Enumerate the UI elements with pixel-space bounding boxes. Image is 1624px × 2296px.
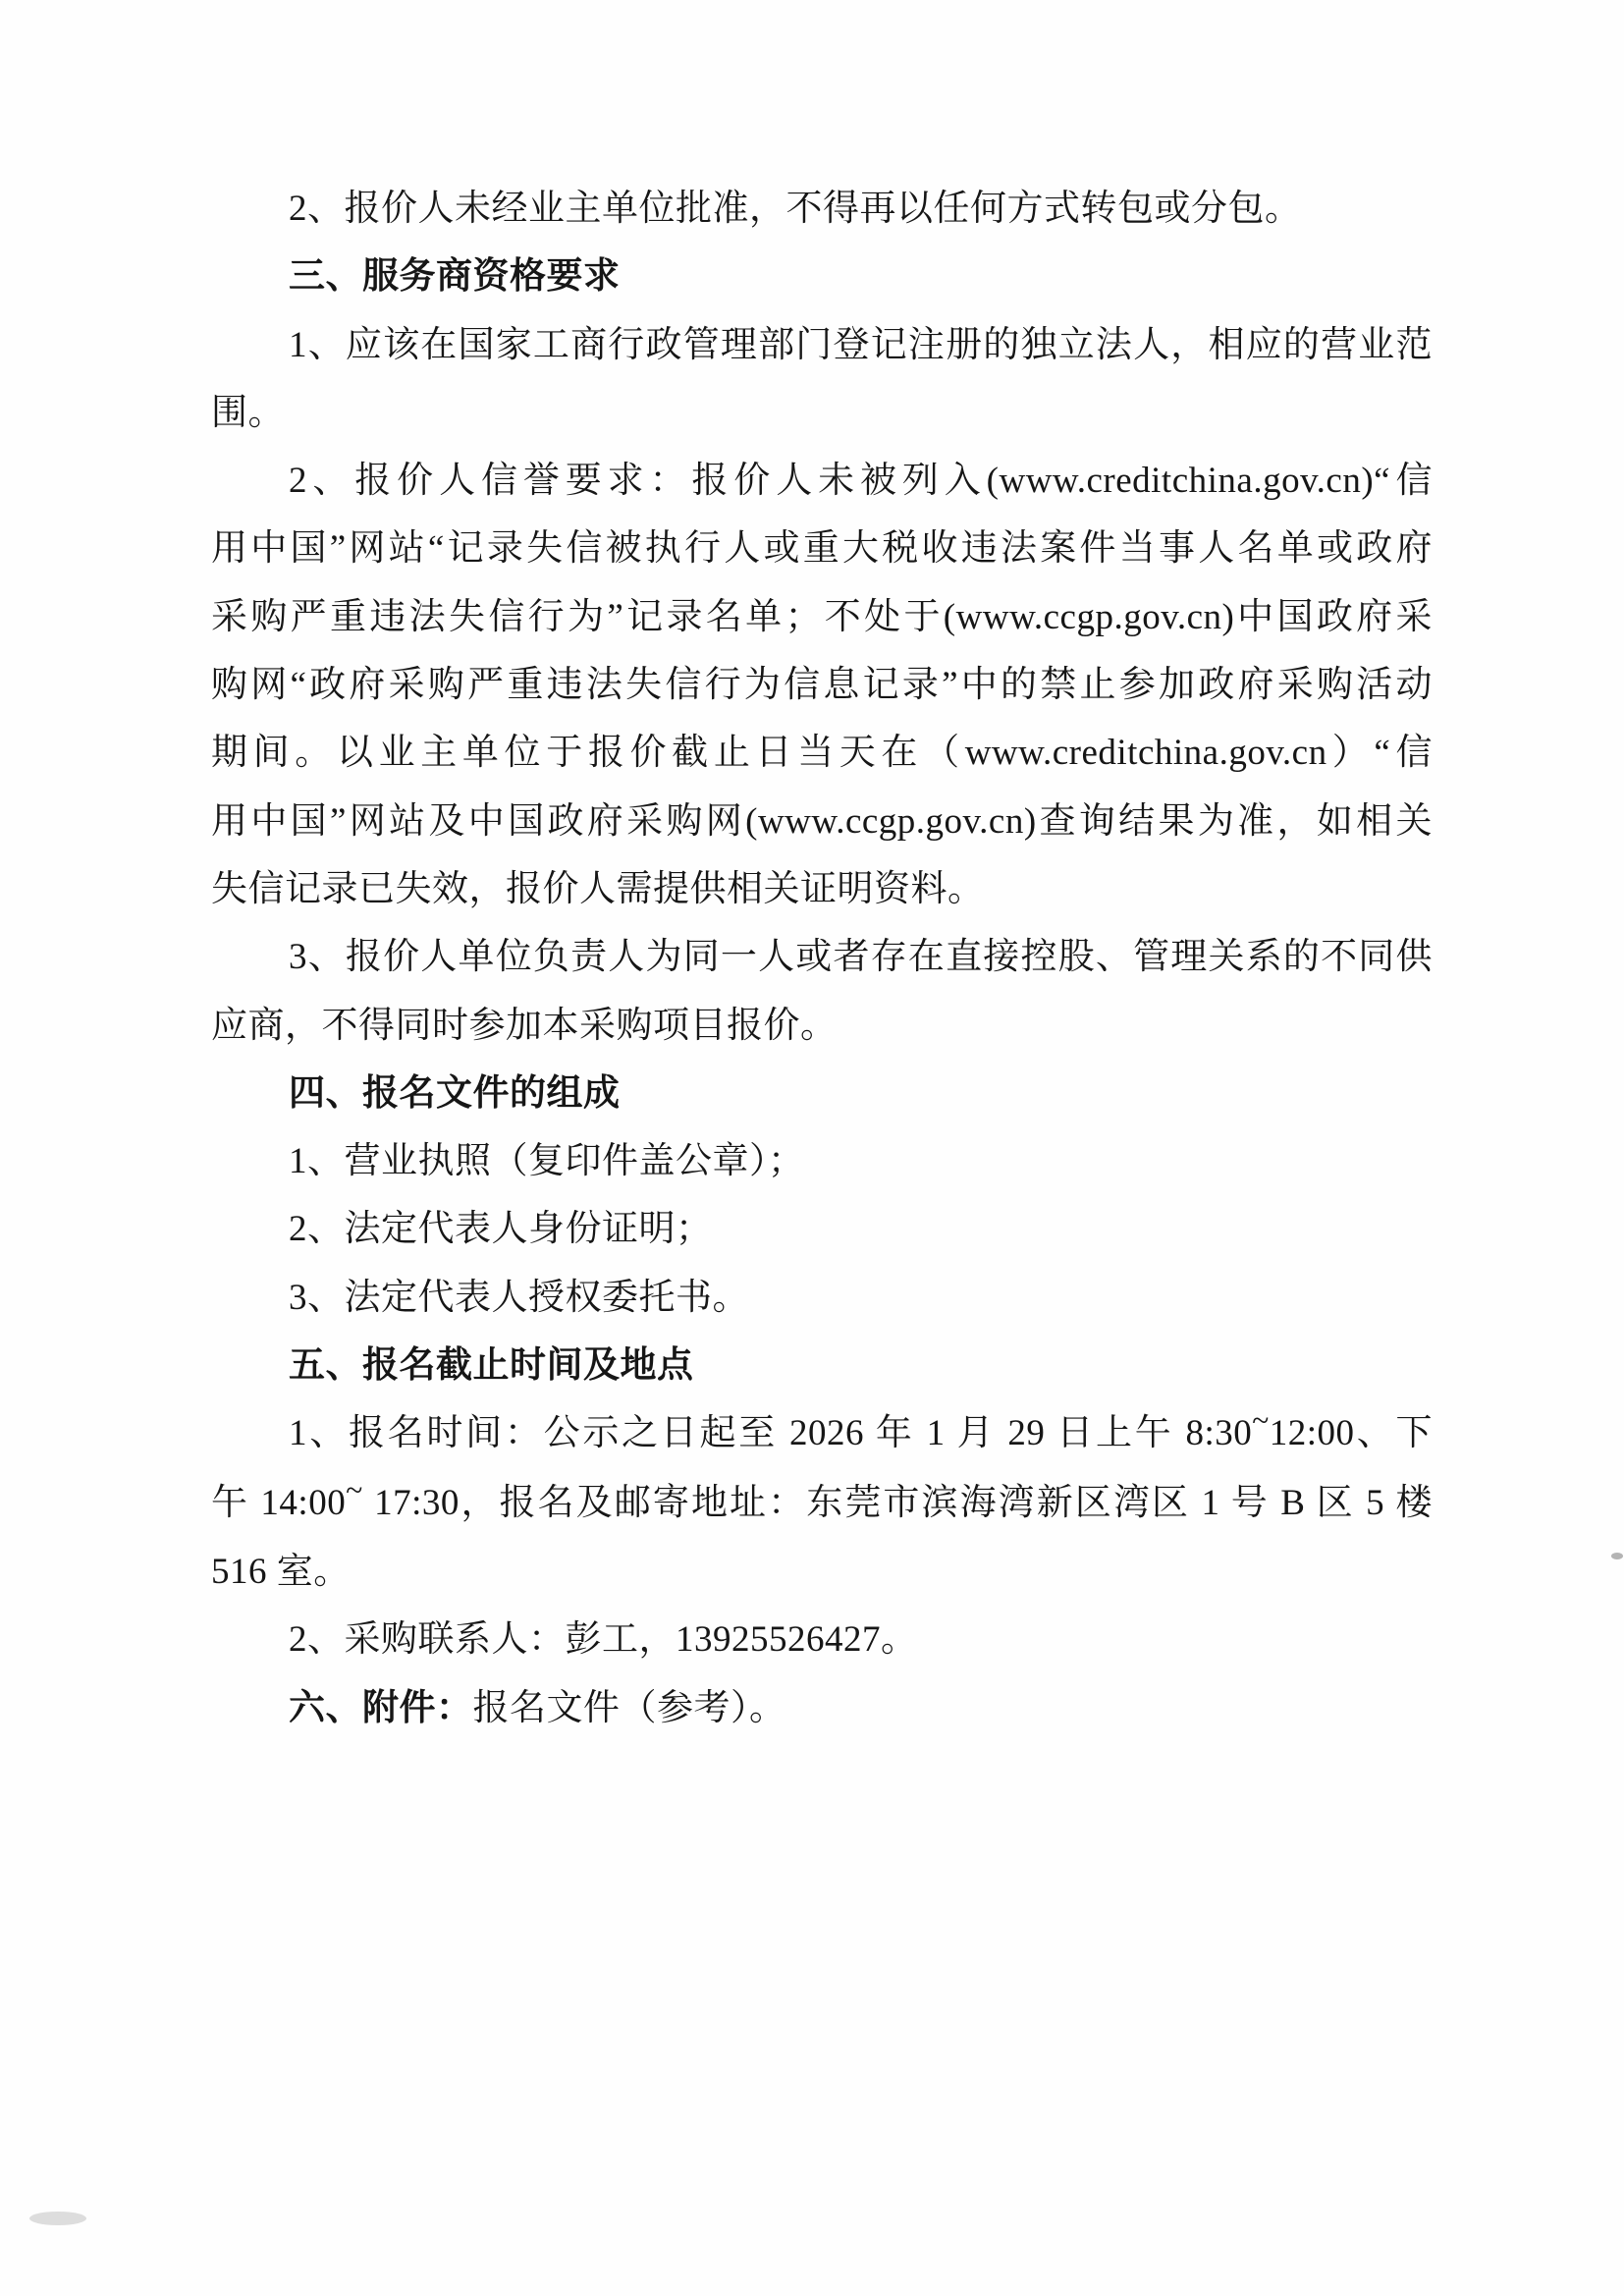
text-line: 期间。以业主单位于报价截止日当天在（www.creditchina.gov.cn… [211, 719, 1433, 787]
text-segment: 期间。以业主单位于报价截止日当天在（www.creditchina.gov.cn… [211, 733, 1433, 773]
text-segment: 3、法定代表人授权委托书。 [289, 1278, 749, 1318]
text-segment: 516 室。 [211, 1552, 351, 1592]
text-line: 采购严重违法失信行为”记录名单；不处于(www.ccgp.gov.cn)中国政府… [211, 583, 1433, 651]
text-line: 2、法定代表人身份证明； [211, 1195, 1433, 1263]
text-segment: 购网“政府采购严重违法失信行为信息记录”中的禁止参加政府采购活动 [211, 665, 1433, 705]
text-line: 午 14:00~ 17:30，报名及邮寄地址：东莞市滨海湾新区湾区 1 号 B … [211, 1469, 1433, 1538]
text-line: 六、附件：报名文件（参考）。 [211, 1674, 1433, 1742]
text-segment: 2、采购联系人：彭工，13925526427。 [289, 1619, 918, 1660]
text-segment: 17:30，报名及邮寄地址：东莞市滨海湾新区湾区 1 号 B 区 5 楼 [363, 1483, 1433, 1523]
text-line: 3、法定代表人授权委托书。 [211, 1264, 1433, 1332]
text-line: 1、营业执照（复印件盖公章）； [211, 1127, 1433, 1195]
text-segment: ~ [1252, 1403, 1270, 1438]
text-line: 2、采购联系人：彭工，13925526427。 [211, 1606, 1433, 1673]
section-heading: 五、报名截止时间及地点 [211, 1332, 1433, 1399]
text-segment: 3、报价人单位负责人为同一人或者存在直接控股、管理关系的不同供 [289, 937, 1433, 977]
text-segment: 三、服务商资格要求 [289, 256, 621, 297]
text-segment: 采购严重违法失信行为”记录名单；不处于(www.ccgp.gov.cn)中国政府… [211, 597, 1433, 637]
text-segment: 五、报名截止时间及地点 [289, 1345, 694, 1386]
text-segment: 12:00、下 [1270, 1413, 1433, 1453]
text-segment: 六、附件： [289, 1688, 473, 1728]
text-segment: 1、应该在国家工商行政管理部门登记注册的独立法人，相应的营业范 [289, 325, 1433, 365]
scan-artifact-ink-speck [1611, 1553, 1623, 1559]
text-segment: 失信记录已失效，报价人需提供相关证明资料。 [211, 869, 985, 909]
text-segment: 2、法定代表人身份证明； [289, 1209, 713, 1249]
text-segment: 2、报价人信誉要求：报价人未被列入(www.creditchina.gov.cn… [289, 461, 1433, 501]
text-line: 用中国”网站“记录失信被执行人或重大税收违法案件当事人名单或政府 [211, 515, 1433, 582]
section-heading: 三、服务商资格要求 [211, 243, 1433, 310]
text-line: 用中国”网站及中国政府采购网(www.ccgp.gov.cn)查询结果为准，如相… [211, 788, 1433, 855]
text-segment: ~ [346, 1473, 363, 1507]
text-line: 失信记录已失效，报价人需提供相关证明资料。 [211, 855, 1433, 923]
text-segment: 应商，不得同时参加本采购项目报价。 [211, 1006, 838, 1046]
text-line: 3、报价人单位负责人为同一人或者存在直接控股、管理关系的不同供 [211, 923, 1433, 991]
text-segment: 用中国”网站及中国政府采购网(www.ccgp.gov.cn)查询结果为准，如相… [211, 801, 1433, 842]
text-line: 应商，不得同时参加本采购项目报价。 [211, 992, 1433, 1060]
text-segment: 用中国”网站“记录失信被执行人或重大税收违法案件当事人名单或政府 [211, 528, 1433, 569]
text-line: 2、报价人信誉要求：报价人未被列入(www.creditchina.gov.cn… [211, 447, 1433, 515]
text-line: 1、应该在国家工商行政管理部门登记注册的独立法人，相应的营业范 [211, 311, 1433, 379]
text-segment: 围。 [211, 393, 285, 433]
text-line: 购网“政府采购严重违法失信行为信息记录”中的禁止参加政府采购活动 [211, 651, 1433, 719]
text-line: 围。 [211, 379, 1433, 447]
text-line: 516 室。 [211, 1538, 1433, 1606]
text-line: 1、报名时间：公示之日起至 2026 年 1 月 29 日上午 8:30~12:… [211, 1399, 1433, 1468]
text-segment: 1、营业执照（复印件盖公章）； [289, 1141, 805, 1181]
scanned-document-page: 2、报价人未经业主单位批准，不得再以任何方式转包或分包。三、服务商资格要求1、应… [0, 0, 1624, 2296]
text-segment: 2、报价人未经业主单位批准，不得再以任何方式转包或分包。 [289, 189, 1302, 229]
document-body: 2、报价人未经业主单位批准，不得再以任何方式转包或分包。三、服务商资格要求1、应… [211, 175, 1433, 1742]
text-segment: 1、报名时间：公示之日起至 2026 年 1 月 29 日上午 8:30 [289, 1413, 1252, 1453]
text-segment: 报名文件（参考）。 [473, 1688, 786, 1728]
text-segment: 午 14:00 [211, 1483, 346, 1523]
text-line: 2、报价人未经业主单位批准，不得再以任何方式转包或分包。 [211, 175, 1433, 243]
scan-artifact-pencil-smudge [29, 2212, 86, 2225]
section-heading: 四、报名文件的组成 [211, 1060, 1433, 1127]
text-segment: 四、报名文件的组成 [289, 1073, 621, 1114]
